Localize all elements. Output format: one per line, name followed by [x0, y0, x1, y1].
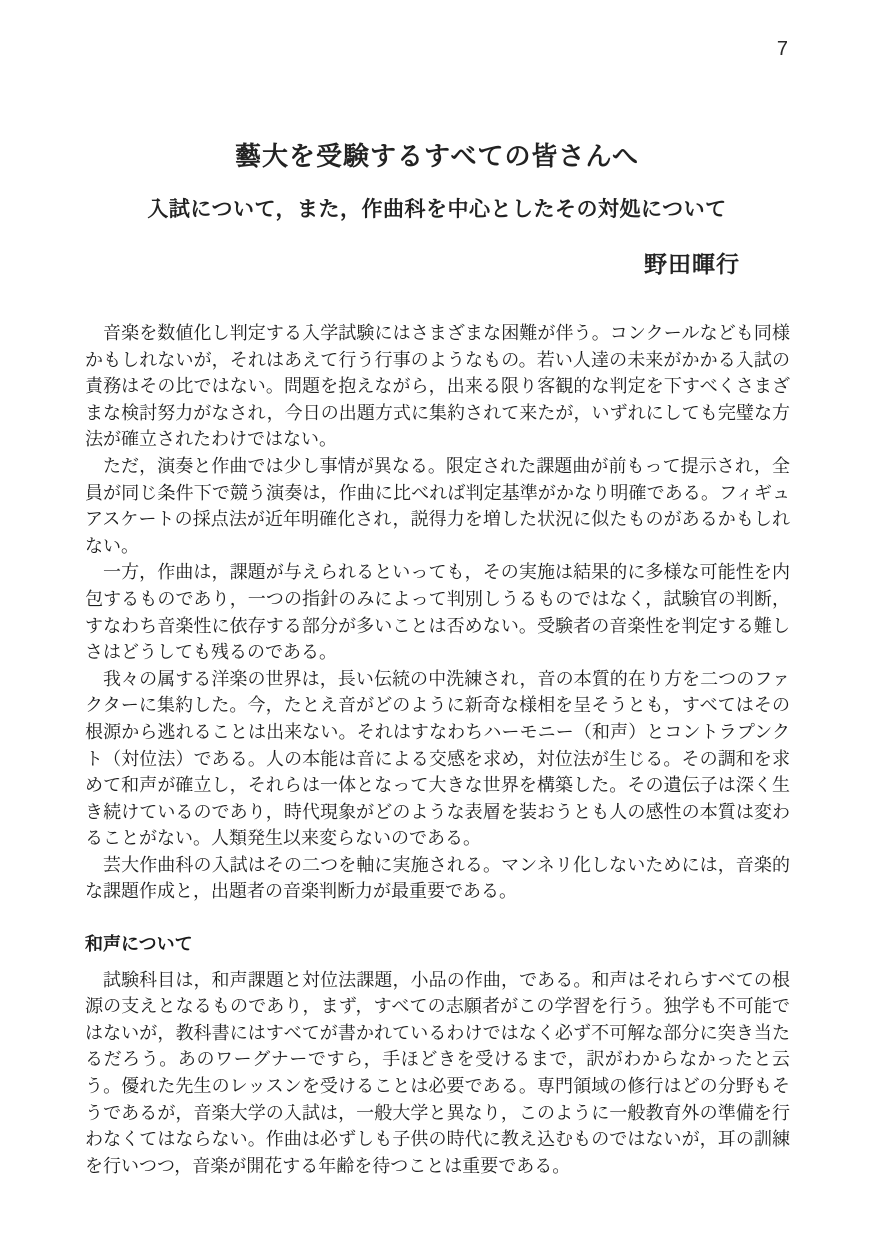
section-heading-harmony: 和声について — [85, 931, 790, 958]
body-paragraph-4: 我々の属する洋楽の世界は，長い伝統の中洗練され，音の本質的在り方を二つのファクタ… — [85, 666, 790, 852]
author-name: 野田暉行 — [644, 246, 740, 279]
document-subtitle: 入試について，また，作曲科を中心としたその対処について — [0, 193, 874, 223]
document-title: 藝大を受験するすべての皆さんへ — [0, 136, 874, 173]
harmony-paragraph-1: 試験科目は，和声課題と対位法課題，小品の作曲，である。和声はそれらすべての根源の… — [85, 967, 790, 1180]
body-paragraph-5: 芸大作曲科の入試はその二つを軸に実施される。マンネリ化しないためには，音楽的な課… — [85, 852, 790, 905]
body-paragraph-1: 音楽を数値化し判定する入学試験にはさまざまな困難が伴う。コンクールなども同様かも… — [85, 320, 790, 453]
document-page: 7 藝大を受験するすべての皆さんへ 入試について，また，作曲科を中心としたその対… — [0, 0, 874, 1236]
body-paragraph-2: ただ，演奏と作曲では少し事情が異なる。限定された課題曲が前もって提示され，全員が… — [85, 453, 790, 559]
document-body: 音楽を数値化し判定する入学試験にはさまざまな困難が伴う。コンクールなども同様かも… — [85, 320, 790, 1179]
body-paragraph-3: 一方，作曲は，課題が与えられるといっても，その実施は結果的に多様な可能性を内包す… — [85, 559, 790, 665]
page-number: 7 — [777, 38, 788, 61]
